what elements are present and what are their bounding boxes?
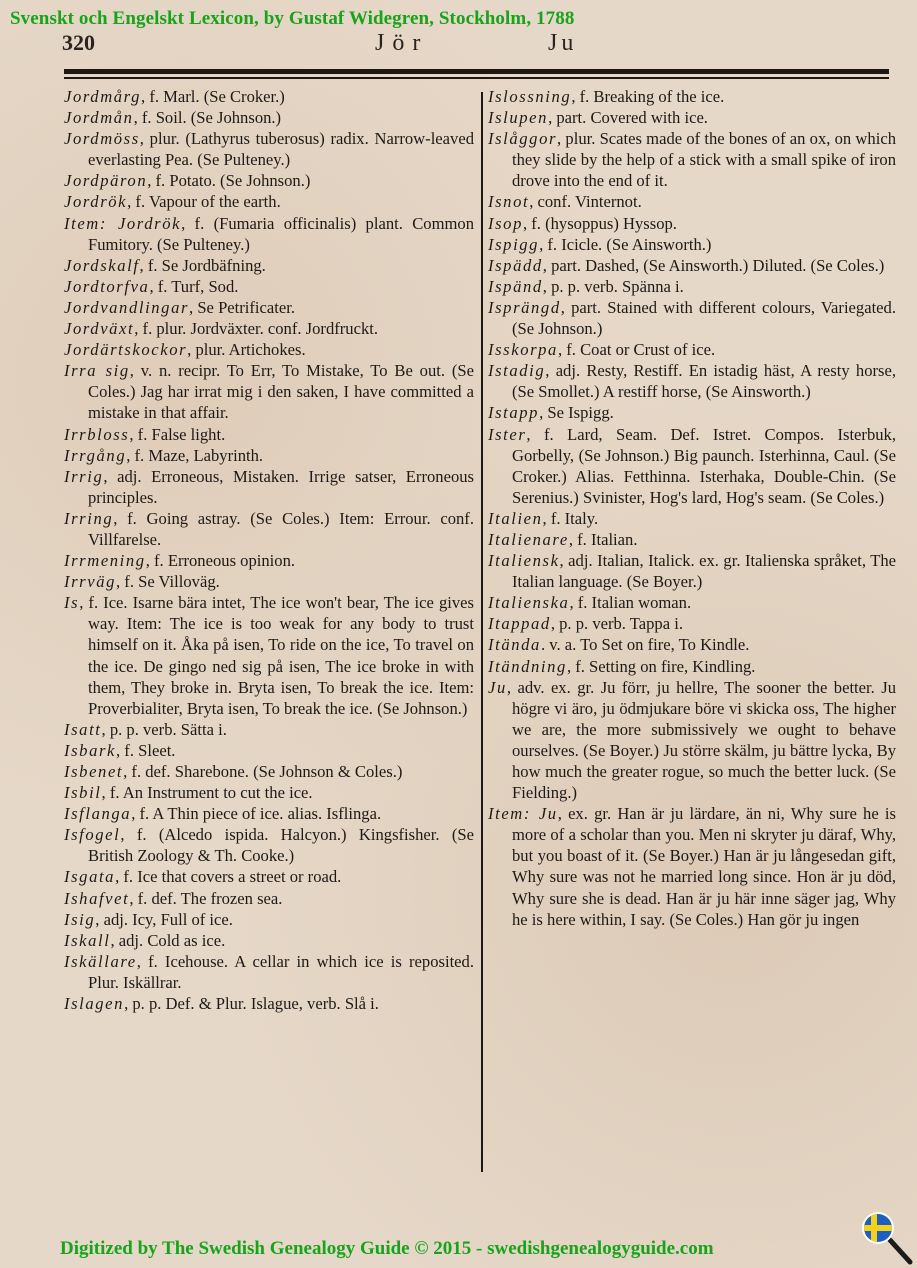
dictionary-entry: Jordmårg, f. Marl. (Se Croker.) bbox=[64, 86, 474, 107]
headword: Ishafvet bbox=[64, 889, 129, 908]
headword: Isbark bbox=[64, 741, 116, 760]
definition: , f. Erroneous opinion. bbox=[146, 551, 295, 570]
definition: , f. Going astray. (Se Coles.) Item: Err… bbox=[88, 509, 474, 549]
dictionary-entry: Jordpäron, f. Potato. (Se Johnson.) bbox=[64, 170, 474, 191]
dictionary-entry: Itappad, p. p. verb. Tappa i. bbox=[488, 613, 896, 634]
headword: Isgata bbox=[64, 867, 115, 886]
dictionary-entry: Item: Jordrök, f. (Fumaria officinalis) … bbox=[64, 213, 474, 255]
headword: Irrbloss bbox=[64, 425, 129, 444]
watermark-title: Svenskt och Engelskt Lexicon, by Gustaf … bbox=[10, 8, 574, 30]
definition: , f. Sleet. bbox=[116, 741, 175, 760]
left-column: Jordmårg, f. Marl. (Se Croker.)Jordmån, … bbox=[64, 86, 474, 1014]
headword: Irrmening bbox=[64, 551, 146, 570]
dictionary-entry: Itända. v. a. To Set on fire, To Kindle. bbox=[488, 634, 896, 655]
dictionary-entry: Ispädd, part. Dashed, (Se Ainsworth.) Di… bbox=[488, 255, 896, 276]
definition: , f. Ice that covers a street or road. bbox=[115, 867, 341, 886]
dictionary-entry: Islossning, f. Breaking of the ice. bbox=[488, 86, 896, 107]
guide-word-right: Ju bbox=[548, 30, 577, 57]
definition: , part. Dashed, (Se Ainsworth.) Diluted.… bbox=[543, 256, 885, 275]
dictionary-entry: Isnot, conf. Vinternot. bbox=[488, 191, 896, 212]
guide-word-left: Jör bbox=[375, 30, 428, 57]
dictionary-entry: Isgata, f. Ice that covers a street or r… bbox=[64, 866, 474, 887]
headword: Isprängd bbox=[488, 298, 561, 317]
definition: , Se Petrificater. bbox=[189, 298, 295, 317]
definition: , part. Stained with different colours, … bbox=[512, 298, 896, 338]
definition: , plur. Scates made of the bones of an o… bbox=[512, 129, 896, 190]
dictionary-entry: Ispänd, p. p. verb. Spänna i. bbox=[488, 276, 896, 297]
definition: , f. A Thin piece of ice. alias. Isfling… bbox=[131, 804, 381, 823]
definition: , f. Italy. bbox=[543, 509, 599, 528]
headword: Islupen bbox=[488, 108, 548, 127]
definition: , ex. gr. Han är ju lärdare, än ni, Why … bbox=[512, 804, 896, 928]
definition: , f. Se Jordbäfning. bbox=[140, 256, 266, 275]
dictionary-entry: Irra sig, v. n. recipr. To Err, To Mista… bbox=[64, 360, 474, 423]
dictionary-entry: Irrväg, f. Se Villoväg. bbox=[64, 571, 474, 592]
definition: , f. (hysoppus) Hyssop. bbox=[523, 214, 677, 233]
definition: , f. An Instrument to cut the ice. bbox=[102, 783, 313, 802]
dictionary-entry: Jordskalf, f. Se Jordbäfning. bbox=[64, 255, 474, 276]
definition: , adj. Resty, Restiff. En istadig häst, … bbox=[512, 361, 896, 401]
definition: , adj. Erroneous, Mistaken. Irrige satse… bbox=[88, 467, 474, 507]
definition: , adj. Icy, Full of ice. bbox=[95, 910, 233, 929]
headword: Isbenet bbox=[64, 762, 123, 781]
dictionary-entry: Isprängd, part. Stained with different c… bbox=[488, 297, 896, 339]
headword: Jordväxt bbox=[64, 319, 134, 338]
column-divider bbox=[481, 92, 483, 1172]
page-number: 320 bbox=[62, 30, 95, 56]
dictionary-entry: Isskorpa, f. Coat or Crust of ice. bbox=[488, 339, 896, 360]
headword: Istapp bbox=[488, 403, 539, 422]
headword: Irring bbox=[64, 509, 113, 528]
dictionary-entry: Jordvandlingar, Se Petrificater. bbox=[64, 297, 474, 318]
dictionary-entry: Is, f. Ice. Isarne bära intet, The ice w… bbox=[64, 592, 474, 719]
definition: , f. Icehouse. A cellar in which ice is … bbox=[88, 952, 474, 992]
definition: , f. Coat or Crust of ice. bbox=[558, 340, 715, 359]
headword: Jordtorfva bbox=[64, 277, 149, 296]
headword: Italienare bbox=[488, 530, 569, 549]
dictionary-entry: Islupen, part. Covered with ice. bbox=[488, 107, 896, 128]
definition: , p. p. verb. Tappa i. bbox=[551, 614, 683, 633]
dictionary-entry: Italienare, f. Italian. bbox=[488, 529, 896, 550]
definition: , plur. (Lathyrus tuberosus) radix. Narr… bbox=[88, 129, 474, 169]
headword: Ispädd bbox=[488, 256, 543, 275]
headword: Ispigg bbox=[488, 235, 539, 254]
dictionary-entry: Islåggor, plur. Scates made of the bones… bbox=[488, 128, 896, 191]
dictionary-entry: Isig, adj. Icy, Full of ice. bbox=[64, 909, 474, 930]
definition: , f. def. Sharebone. (Se Johnson & Coles… bbox=[123, 762, 402, 781]
headword: Isfogel bbox=[64, 825, 120, 844]
dictionary-entry: Jordmån, f. Soil. (Se Johnson.) bbox=[64, 107, 474, 128]
definition: , f. def. The frozen sea. bbox=[129, 889, 282, 908]
headword: Ju bbox=[488, 678, 507, 697]
headword: Isskorpa bbox=[488, 340, 558, 359]
dictionary-entry: Jordärtskockor, plur. Artichokes. bbox=[64, 339, 474, 360]
headword: Isnot bbox=[488, 192, 529, 211]
dictionary-entry: Item: Ju, ex. gr. Han är ju lärdare, än … bbox=[488, 803, 896, 930]
definition: , f. Italian woman. bbox=[569, 593, 691, 612]
headword: Jordpäron bbox=[64, 171, 147, 190]
definition: , f. Se Villoväg. bbox=[116, 572, 220, 591]
swedish-flag-magnifier-icon bbox=[860, 1210, 916, 1266]
dictionary-entry: Ishafvet, f. def. The frozen sea. bbox=[64, 888, 474, 909]
definition: , f. (Alcedo ispida. Halcyon.) Kingsfish… bbox=[88, 825, 474, 865]
definition: , f. Ice. Isarne bära intet, The ice won… bbox=[79, 593, 474, 717]
dictionary-entry: Jordväxt, f. plur. Jordväxter. conf. Jor… bbox=[64, 318, 474, 339]
headword: Isbil bbox=[64, 783, 102, 802]
dictionary-entry: Irrgång, f. Maze, Labyrinth. bbox=[64, 445, 474, 466]
dictionary-entry: Irring, f. Going astray. (Se Coles.) Ite… bbox=[64, 508, 474, 550]
headword: Itappad bbox=[488, 614, 551, 633]
headword: Jordmårg bbox=[64, 87, 141, 106]
definition: , p. p. Def. & Plur. Islague, verb. Slå … bbox=[124, 994, 379, 1013]
headword: Item: Jordrök bbox=[64, 214, 181, 233]
definition: , f. Turf, Sod. bbox=[149, 277, 238, 296]
definition: , f. Breaking of the ice. bbox=[571, 87, 724, 106]
definition: , f. False light. bbox=[129, 425, 225, 444]
dictionary-entry: Irrig, adj. Erroneous, Mistaken. Irrige … bbox=[64, 466, 474, 508]
headword: Jordmån bbox=[64, 108, 134, 127]
definition: , f. Lard, Seam. Def. Istret. Compos. Is… bbox=[512, 425, 896, 507]
dictionary-entry: Isfogel, f. (Alcedo ispida. Halcyon.) Ki… bbox=[64, 824, 474, 866]
definition: , p. p. verb. Spänna i. bbox=[543, 277, 684, 296]
watermark-credit: Digitized by The Swedish Genealogy Guide… bbox=[60, 1238, 714, 1260]
dictionary-entry: Italienska, f. Italian woman. bbox=[488, 592, 896, 613]
definition: , part. Covered with ice. bbox=[548, 108, 708, 127]
headword: Jordmöss bbox=[64, 129, 140, 148]
dictionary-entry: Ju, adv. ex. gr. Ju förr, ju hellre, The… bbox=[488, 677, 896, 804]
definition: , p. p. verb. Sätta i. bbox=[102, 720, 227, 739]
dictionary-entry: Isbark, f. Sleet. bbox=[64, 740, 474, 761]
dictionary-entry: Jordmöss, plur. (Lathyrus tuberosus) rad… bbox=[64, 128, 474, 170]
header-rule bbox=[64, 69, 889, 79]
headword: Item: Ju bbox=[488, 804, 558, 823]
headword: Isflanga bbox=[64, 804, 131, 823]
dictionary-entry: Istapp, Se Ispigg. bbox=[488, 402, 896, 423]
definition: , adv. ex. gr. Ju förr, ju hellre, The s… bbox=[507, 678, 896, 802]
dictionary-entry: Italiensk, adj. Italian, Italick. ex. gr… bbox=[488, 550, 896, 592]
dictionary-entry: Irrmening, f. Erroneous opinion. bbox=[64, 550, 474, 571]
headword: Ister bbox=[488, 425, 526, 444]
dictionary-entry: Islagen, p. p. Def. & Plur. Islague, ver… bbox=[64, 993, 474, 1014]
definition: . v. a. To Set on fire, To Kindle. bbox=[541, 635, 749, 654]
definition: , f. Potato. (Se Johnson.) bbox=[147, 171, 310, 190]
headword: Irrgång bbox=[64, 446, 126, 465]
running-head: 320 Jör Ju bbox=[0, 30, 917, 70]
definition: , adj. Cold as ice. bbox=[110, 931, 225, 950]
dictionary-entry: Isbenet, f. def. Sharebone. (Se Johnson … bbox=[64, 761, 474, 782]
headword: Italienska bbox=[488, 593, 569, 612]
headword: Islåggor bbox=[488, 129, 557, 148]
right-column: Islossning, f. Breaking of the ice.Islup… bbox=[488, 86, 896, 930]
definition: , f. Marl. (Se Croker.) bbox=[141, 87, 285, 106]
definition: , adj. Italian, Italick. ex. gr. Italien… bbox=[512, 551, 896, 591]
dictionary-entry: Isop, f. (hysoppus) Hyssop. bbox=[488, 213, 896, 234]
headword: Jordskalf bbox=[64, 256, 140, 275]
headword: Jordrök bbox=[64, 192, 127, 211]
definition: , f. plur. Jordväxter. conf. Jordfruckt. bbox=[134, 319, 378, 338]
headword: Jordärtskockor bbox=[64, 340, 187, 359]
definition: , f. Italian. bbox=[569, 530, 638, 549]
dictionary-entry: Jordrök, f. Vapour of the earth. bbox=[64, 191, 474, 212]
headword: Ispänd bbox=[488, 277, 543, 296]
dictionary-entry: Ister, f. Lard, Seam. Def. Istret. Compo… bbox=[488, 424, 896, 508]
headword: Italiensk bbox=[488, 551, 560, 570]
dictionary-entry: Iskällare, f. Icehouse. A cellar in whic… bbox=[64, 951, 474, 993]
headword: Istadig bbox=[488, 361, 545, 380]
dictionary-entry: Istadig, adj. Resty, Restiff. En istadig… bbox=[488, 360, 896, 402]
headword: Isop bbox=[488, 214, 523, 233]
headword: Is bbox=[64, 593, 79, 612]
dictionary-entry: Irrbloss, f. False light. bbox=[64, 424, 474, 445]
dictionary-entry: Isatt, p. p. verb. Sätta i. bbox=[64, 719, 474, 740]
definition: , f. Setting on fire, Kindling. bbox=[567, 657, 756, 676]
headword: Itända bbox=[488, 635, 541, 654]
headword: Iskall bbox=[64, 931, 110, 950]
dictionary-entry: Iskall, adj. Cold as ice. bbox=[64, 930, 474, 951]
headword: Jordvandlingar bbox=[64, 298, 189, 317]
headword: Irra sig bbox=[64, 361, 130, 380]
headword: Irrväg bbox=[64, 572, 116, 591]
headword: Iskällare bbox=[64, 952, 137, 971]
dictionary-entry: Ispigg, f. Icicle. (Se Ainsworth.) bbox=[488, 234, 896, 255]
headword: Isig bbox=[64, 910, 95, 929]
definition: , conf. Vinternot. bbox=[529, 192, 642, 211]
definition: , plur. Artichokes. bbox=[187, 340, 305, 359]
headword: Islagen bbox=[64, 994, 124, 1013]
headword: Itändning bbox=[488, 657, 567, 676]
definition: , f. Maze, Labyrinth. bbox=[126, 446, 263, 465]
definition: , Se Ispigg. bbox=[539, 403, 614, 422]
headword: Islossning bbox=[488, 87, 571, 106]
headword: Italien bbox=[488, 509, 543, 528]
definition: , f. Soil. (Se Johnson.) bbox=[134, 108, 282, 127]
definition: , v. n. recipr. To Err, To Mistake, To B… bbox=[88, 361, 474, 422]
dictionary-entry: Jordtorfva, f. Turf, Sod. bbox=[64, 276, 474, 297]
dictionary-entry: Isflanga, f. A Thin piece of ice. alias.… bbox=[64, 803, 474, 824]
headword: Irrig bbox=[64, 467, 103, 486]
definition: , f. Vapour of the earth. bbox=[127, 192, 281, 211]
dictionary-entry: Isbil, f. An Instrument to cut the ice. bbox=[64, 782, 474, 803]
headword: Isatt bbox=[64, 720, 102, 739]
definition: , f. Icicle. (Se Ainsworth.) bbox=[539, 235, 711, 254]
dictionary-entry: Itändning, f. Setting on fire, Kindling. bbox=[488, 656, 896, 677]
dictionary-entry: Italien, f. Italy. bbox=[488, 508, 896, 529]
